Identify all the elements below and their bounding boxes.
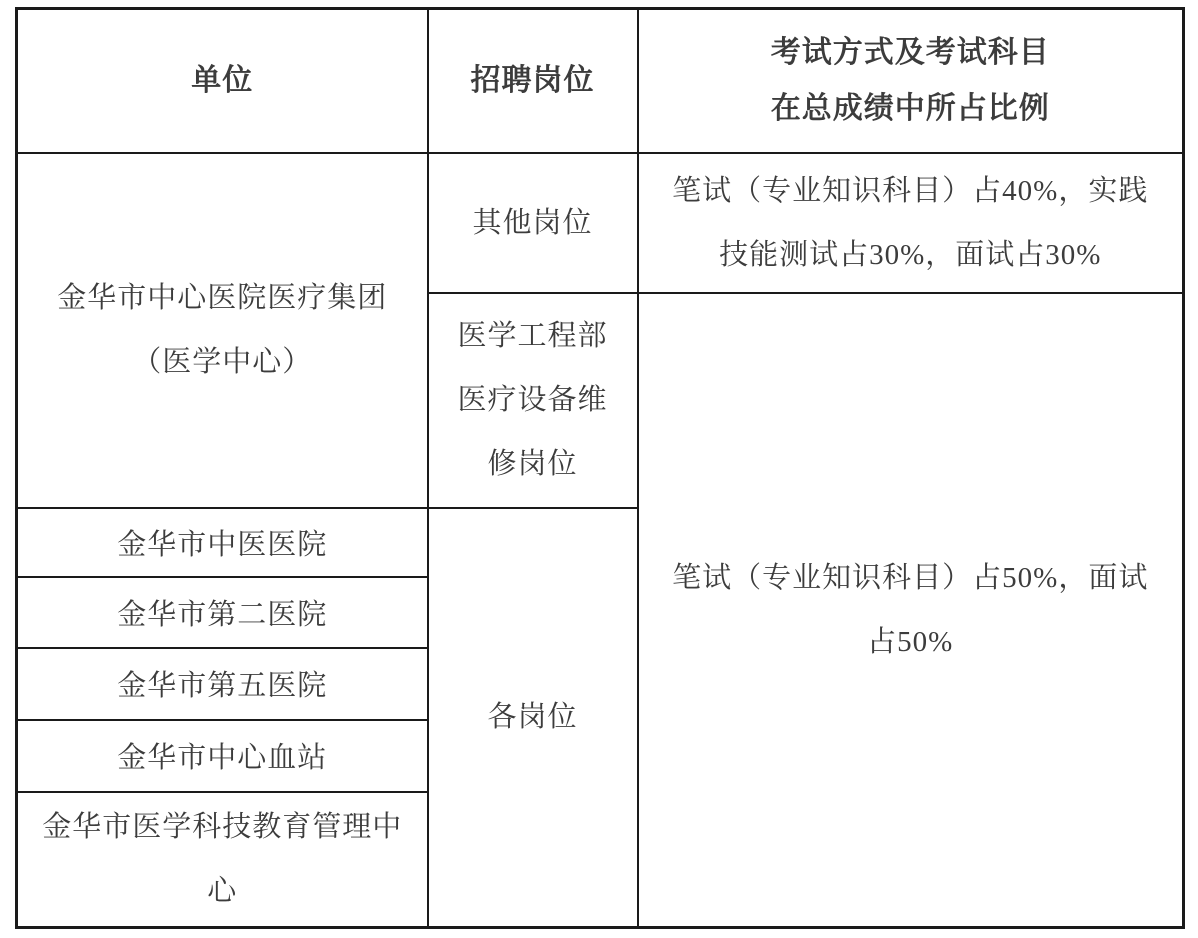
- header-cell-unit: 单位: [17, 9, 428, 153]
- cell-engineering-position: 医学工程部 医疗设备维 修岗位: [428, 293, 638, 508]
- cell-tcm-hospital: 金华市中医医院: [17, 508, 428, 577]
- cell-group-hospital: 金华市中心医院医疗集团 （医学中心）: [17, 153, 428, 508]
- engineering-line-3: 修岗位: [435, 432, 631, 496]
- all-positions-label: 各岗位: [435, 685, 631, 749]
- header-exam-line-2: 在总成绩中所占比例: [645, 81, 1177, 137]
- header-exam-line-1: 考试方式及考试科目: [645, 25, 1177, 81]
- header-cell-exam-method: 考试方式及考试科目 在总成绩中所占比例: [638, 9, 1184, 153]
- cell-other-position: 其他岗位: [428, 153, 638, 293]
- exam-40-line-1: 笔试（专业知识科目）占40%，实践: [645, 159, 1177, 223]
- header-position-label: 招聘岗位: [435, 53, 631, 109]
- cell-blood-center: 金华市中心血站: [17, 720, 428, 792]
- engineering-line-2: 医疗设备维: [435, 368, 631, 432]
- other-position-label: 其他岗位: [435, 191, 631, 255]
- header-unit-label: 单位: [24, 53, 421, 109]
- edu-center-line-2: 心: [24, 859, 421, 923]
- group-hospital-line-1: 金华市中心医院医疗集团: [24, 266, 421, 330]
- exam-50-line-2: 占50%: [645, 610, 1177, 674]
- table-header-row: 单位 招聘岗位 考试方式及考试科目 在总成绩中所占比例: [17, 9, 1184, 153]
- exam-50-line-1: 笔试（专业知识科目）占50%，面试: [645, 546, 1177, 610]
- exam-40-line-2: 技能测试占30%，面试占30%: [645, 223, 1177, 287]
- cell-exam-50: 笔试（专业知识科目）占50%，面试 占50%: [638, 293, 1184, 928]
- engineering-line-1: 医学工程部: [435, 304, 631, 368]
- document-page: 单位 招聘岗位 考试方式及考试科目 在总成绩中所占比例 金华市中心医院医疗集团 …: [0, 0, 1198, 938]
- header-cell-position: 招聘岗位: [428, 9, 638, 153]
- edu-center-line-1: 金华市医学科技教育管理中: [24, 795, 421, 859]
- cell-second-hospital: 金华市第二医院: [17, 577, 428, 648]
- group-hospital-line-2: （医学中心）: [24, 330, 421, 394]
- tcm-hospital-label: 金华市中医医院: [24, 522, 421, 563]
- cell-fifth-hospital: 金华市第五医院: [17, 648, 428, 720]
- fifth-hospital-label: 金华市第五医院: [24, 663, 421, 704]
- table-row-other-position: 金华市中心医院医疗集团 （医学中心） 其他岗位 笔试（专业知识科目）占40%，实…: [17, 153, 1184, 293]
- cell-exam-40: 笔试（专业知识科目）占40%，实践 技能测试占30%，面试占30%: [638, 153, 1184, 293]
- blood-center-label: 金华市中心血站: [24, 735, 421, 776]
- second-hospital-label: 金华市第二医院: [24, 592, 421, 633]
- exam-ratio-table: 单位 招聘岗位 考试方式及考试科目 在总成绩中所占比例 金华市中心医院医疗集团 …: [15, 7, 1185, 929]
- cell-all-positions: 各岗位: [428, 508, 638, 928]
- cell-edu-center: 金华市医学科技教育管理中 心: [17, 792, 428, 928]
